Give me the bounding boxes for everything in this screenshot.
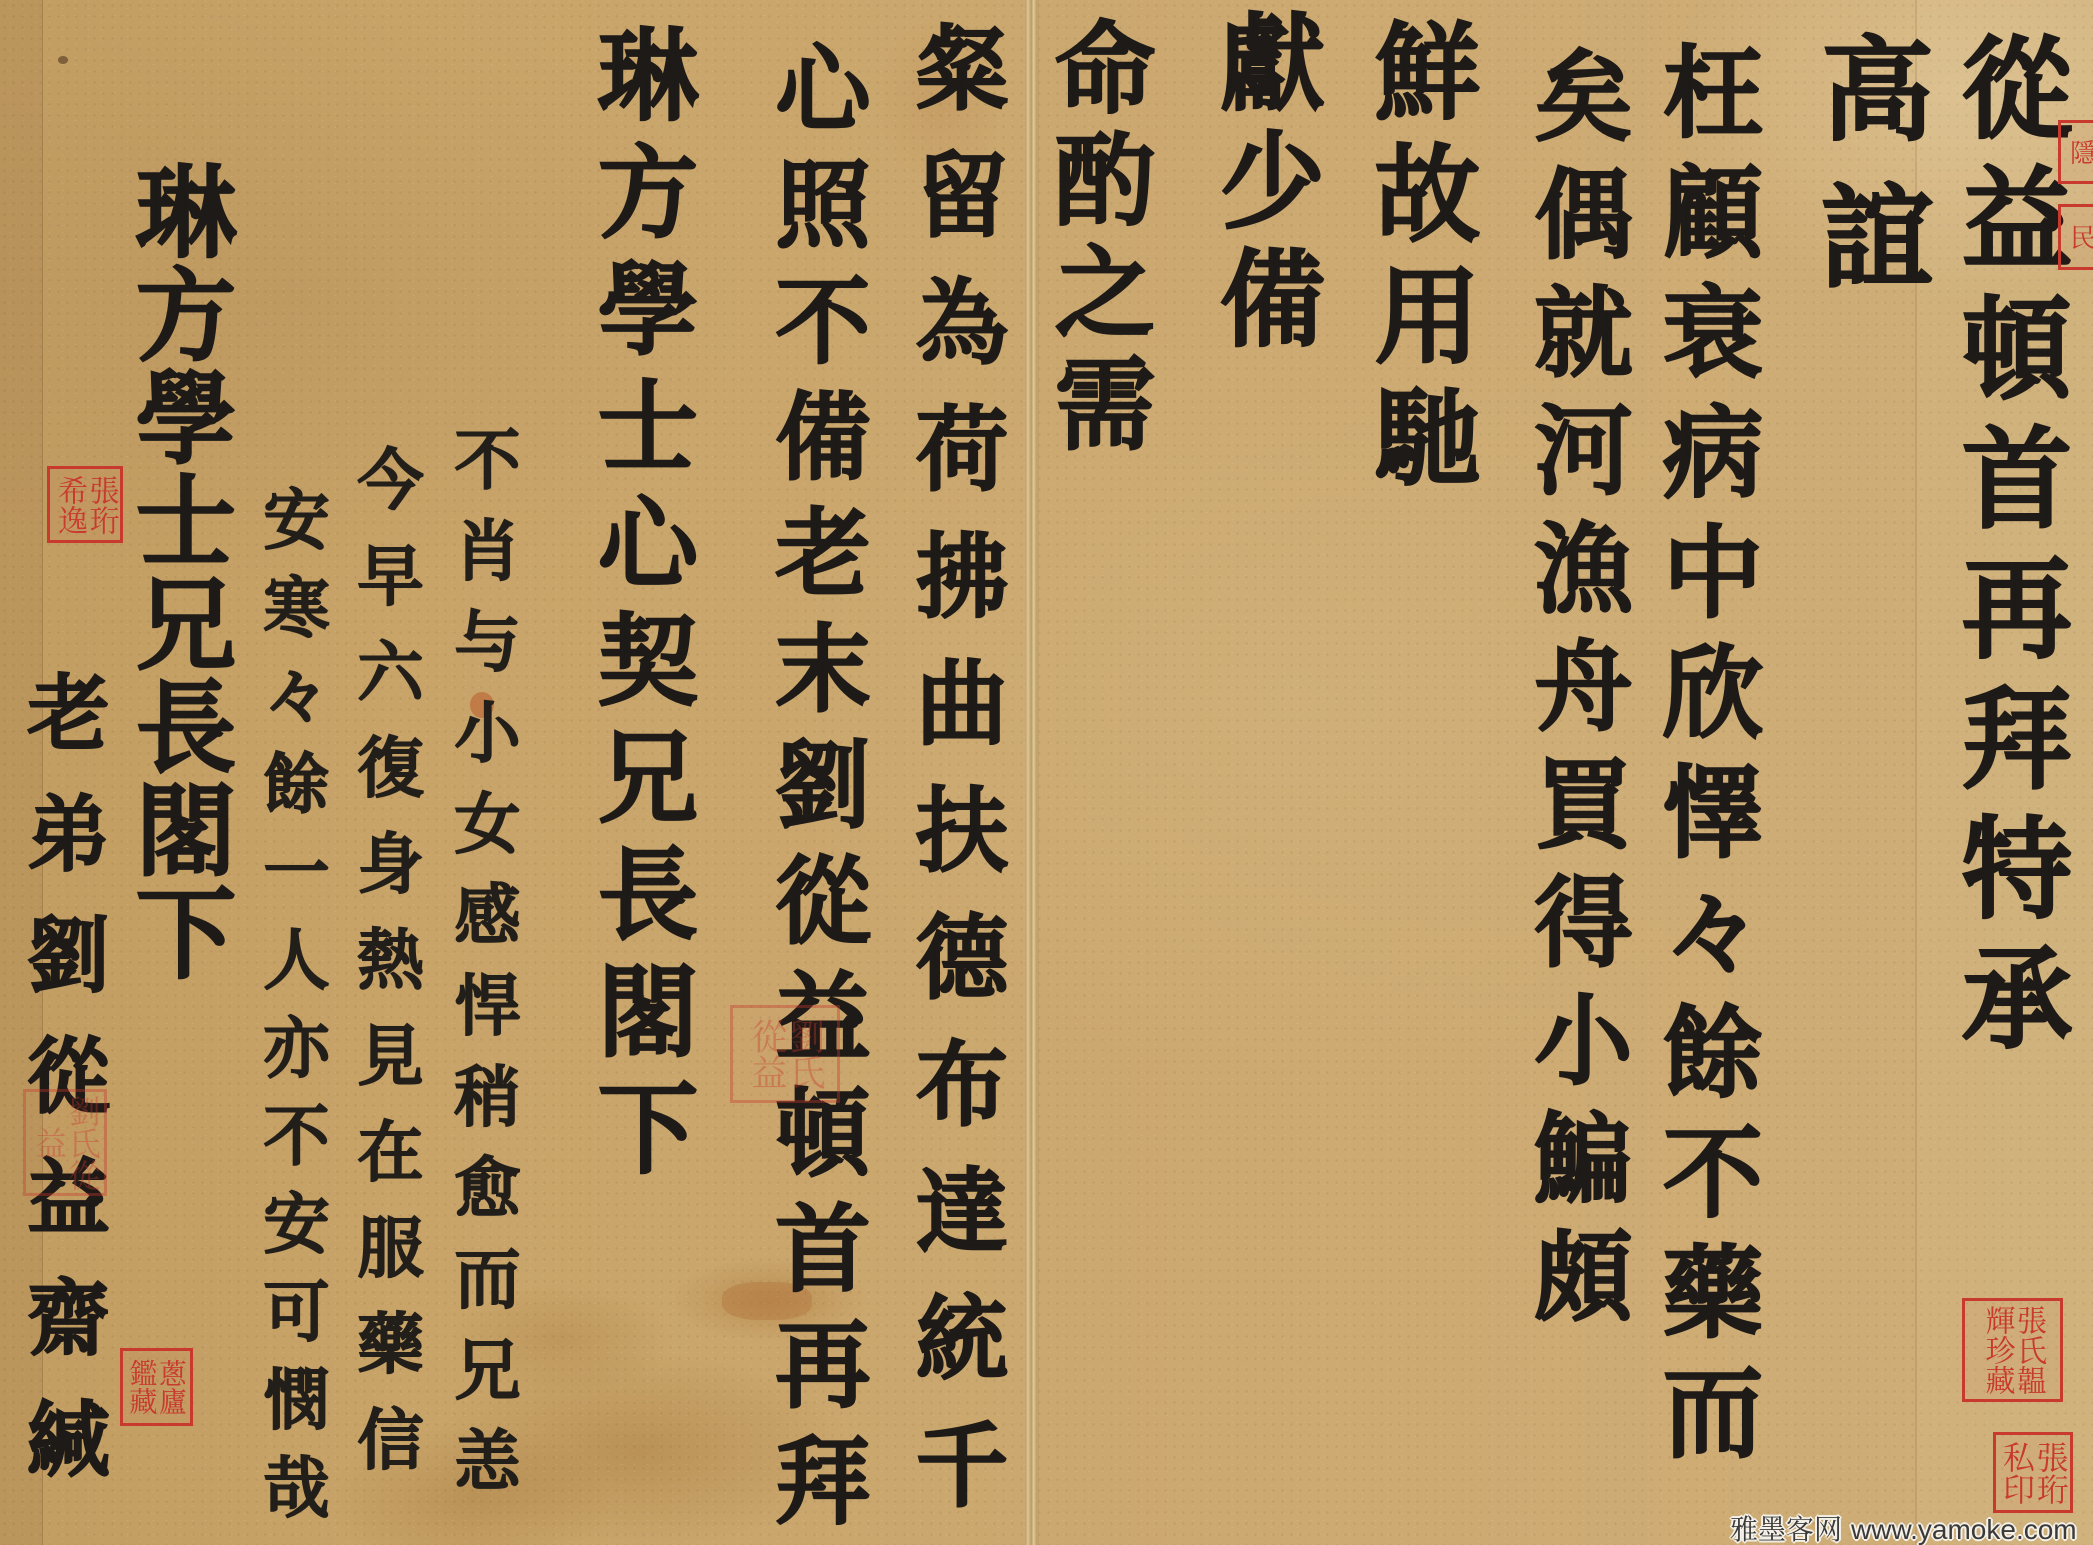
seal-text: 民 — [2066, 224, 2093, 250]
paper-fold-seam — [1025, 0, 1039, 1545]
seal-text: 張氏韞輝珍藏 — [1981, 1301, 2044, 1399]
collector-seal-left-middle: 張珩希逸 — [47, 466, 123, 543]
address-recipient-column: 琳方學士兄長閣下 — [128, 160, 228, 984]
seal-text: 張珩希逸 — [54, 469, 117, 540]
letter-column-4: 矣偶就河漁舟買得小鯿頗 — [1526, 45, 1624, 1343]
collector-seal-bottom-right-1: 張氏韞輝珍藏 — [1962, 1298, 2063, 1402]
letter-column-5: 鮮故用馳 — [1367, 17, 1472, 505]
collector-seal-top-right-1: 隱 — [2058, 120, 2093, 184]
letter-column-1: 從益頓首再拜特承 — [1953, 31, 2063, 1071]
seal-text: 張珩私印 — [1999, 1435, 2066, 1510]
letter-column-6: 獻少備 — [1212, 8, 1317, 362]
seal-text: 隱 — [2066, 139, 2093, 165]
collector-seal-left-bottom: 蔥廬鑑藏 — [120, 1348, 193, 1426]
collector-seal-bottom-right-2: 張珩私印 — [1993, 1432, 2073, 1513]
letter-column-8: 粲留為荷拂曲扶德布達統千 — [909, 20, 1001, 1544]
postscript-column-2: 今早六復身熱見在服藥信 — [352, 445, 418, 1501]
letter-column-7: 命酌之需 — [1047, 16, 1147, 464]
postscript-column-3: 安寒々餘一人亦不安可憫哉 — [258, 485, 324, 1541]
letter-column-9-signature: 心照不備老末劉從益頓首再拜 — [768, 39, 863, 1545]
watermark-url: www.yamoke.com — [1851, 1514, 2077, 1545]
letter-column-2-elevated: 高誼 — [1812, 31, 1924, 325]
ink-speck — [58, 56, 68, 64]
letter-column-3: 枉顧衰病中欣懌々餘不藥而 — [1655, 40, 1755, 1480]
collector-seal-top-right-2: 民 — [2058, 204, 2093, 270]
seal-text: 劉氏從益 — [747, 1008, 823, 1100]
letter-column-10-recipient: 琳方學士心契兄長閣下 — [590, 23, 690, 1193]
seal-text: 蔥廬鑑藏 — [127, 1351, 186, 1423]
site-watermark: 雅墨客网www.yamoke.com — [1730, 1508, 2077, 1545]
author-seal-faded-left: 劉氏從益 — [23, 1089, 107, 1196]
seal-text: 劉氏從益 — [31, 1092, 98, 1193]
watermark-site-name: 雅墨客网 — [1730, 1514, 1842, 1545]
author-seal-faded-signature: 劉氏從益 — [730, 1005, 840, 1103]
postscript-column-1: 不肖与小女感悍稍愈而兄恙 — [449, 425, 515, 1517]
